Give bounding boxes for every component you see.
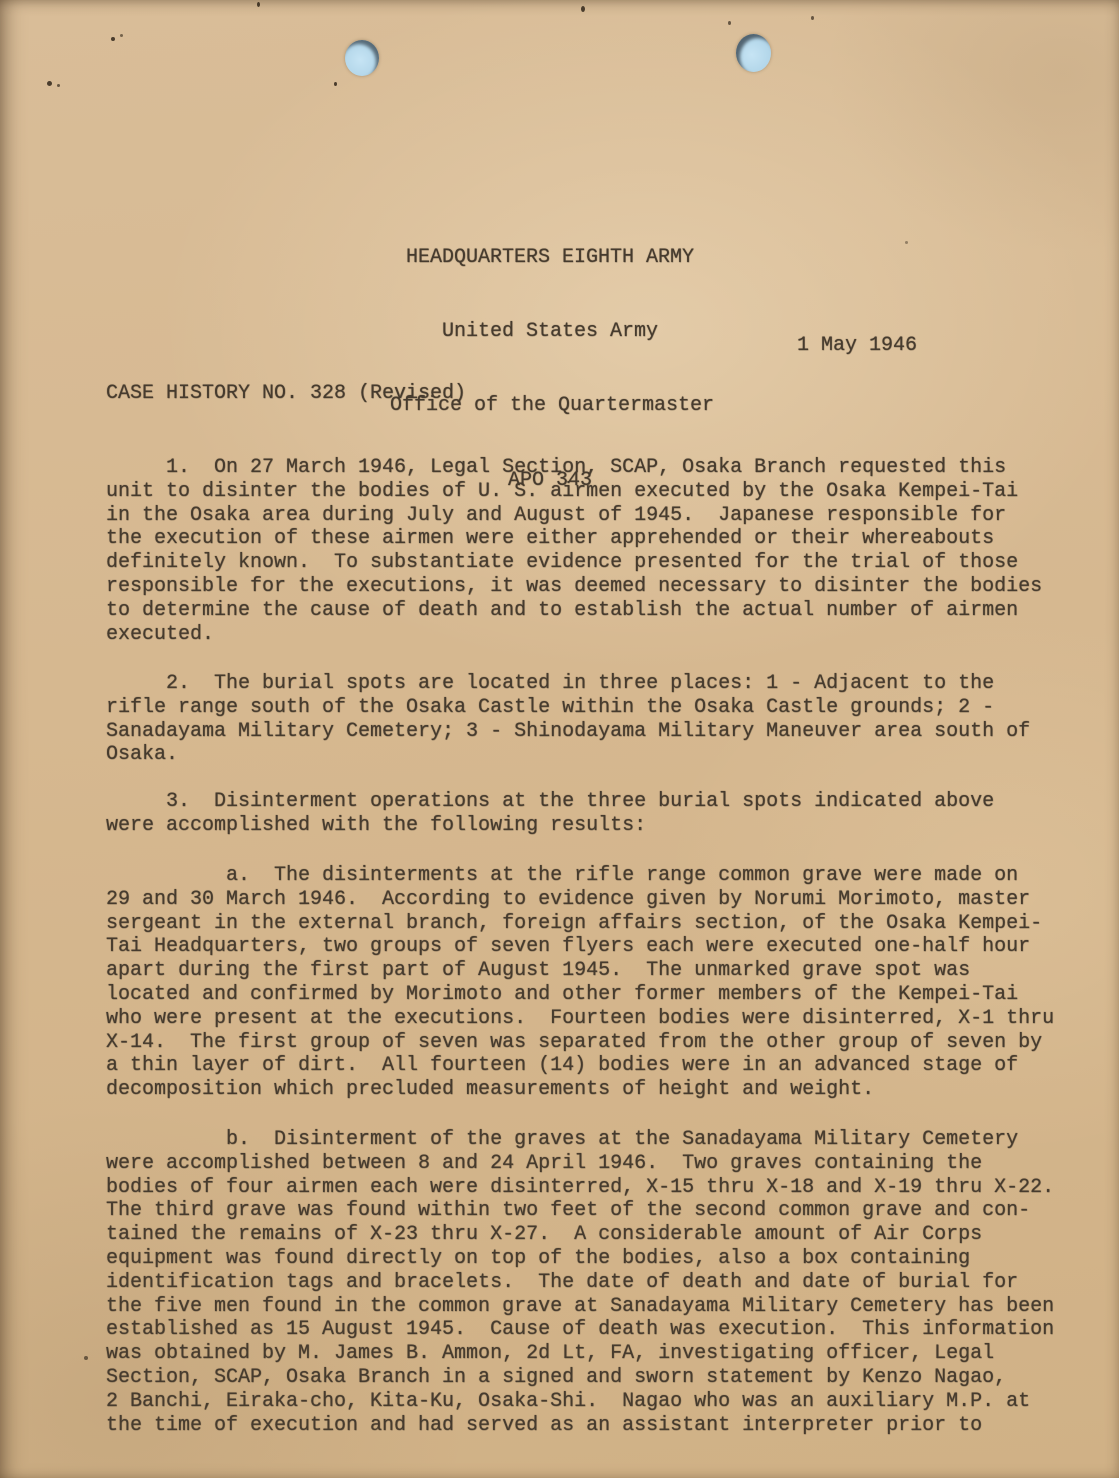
punch-hole-left (345, 40, 379, 76)
ink-speck (334, 82, 337, 86)
ink-speck (905, 241, 908, 244)
document-page: HEADQUARTERS EIGHTH ARMY United States A… (0, 0, 1119, 1478)
ink-speck (47, 81, 52, 86)
punch-hole-right (736, 34, 771, 72)
paragraph-2: 2. The burial spots are located in three… (106, 672, 1030, 767)
case-history-title: CASE HISTORY NO. 328 (Revised) (106, 382, 466, 406)
ink-speck (111, 37, 115, 41)
paragraph-1: 1. On 27 March 1946, Legal Section, SCAP… (106, 456, 1042, 646)
letterhead-line-command: HEADQUARTERS EIGHTH ARMY (390, 246, 710, 271)
ink-speck (84, 1356, 88, 1360)
ink-speck (57, 84, 60, 87)
ink-speck (120, 34, 123, 37)
ink-speck (257, 2, 260, 7)
paragraph-3a: a. The disinterments at the rifle range … (106, 864, 1054, 1102)
letterhead-line-army: United States Army (390, 320, 710, 345)
ink-speck (728, 21, 731, 25)
paragraph-3: 3. Disinterment operations at the three … (106, 790, 994, 838)
date-line: 1 May 1946 (797, 334, 917, 358)
paragraph-3b: b. Disinterment of the graves at the San… (106, 1128, 1054, 1437)
ink-speck (811, 16, 814, 20)
ink-speck (581, 6, 585, 12)
